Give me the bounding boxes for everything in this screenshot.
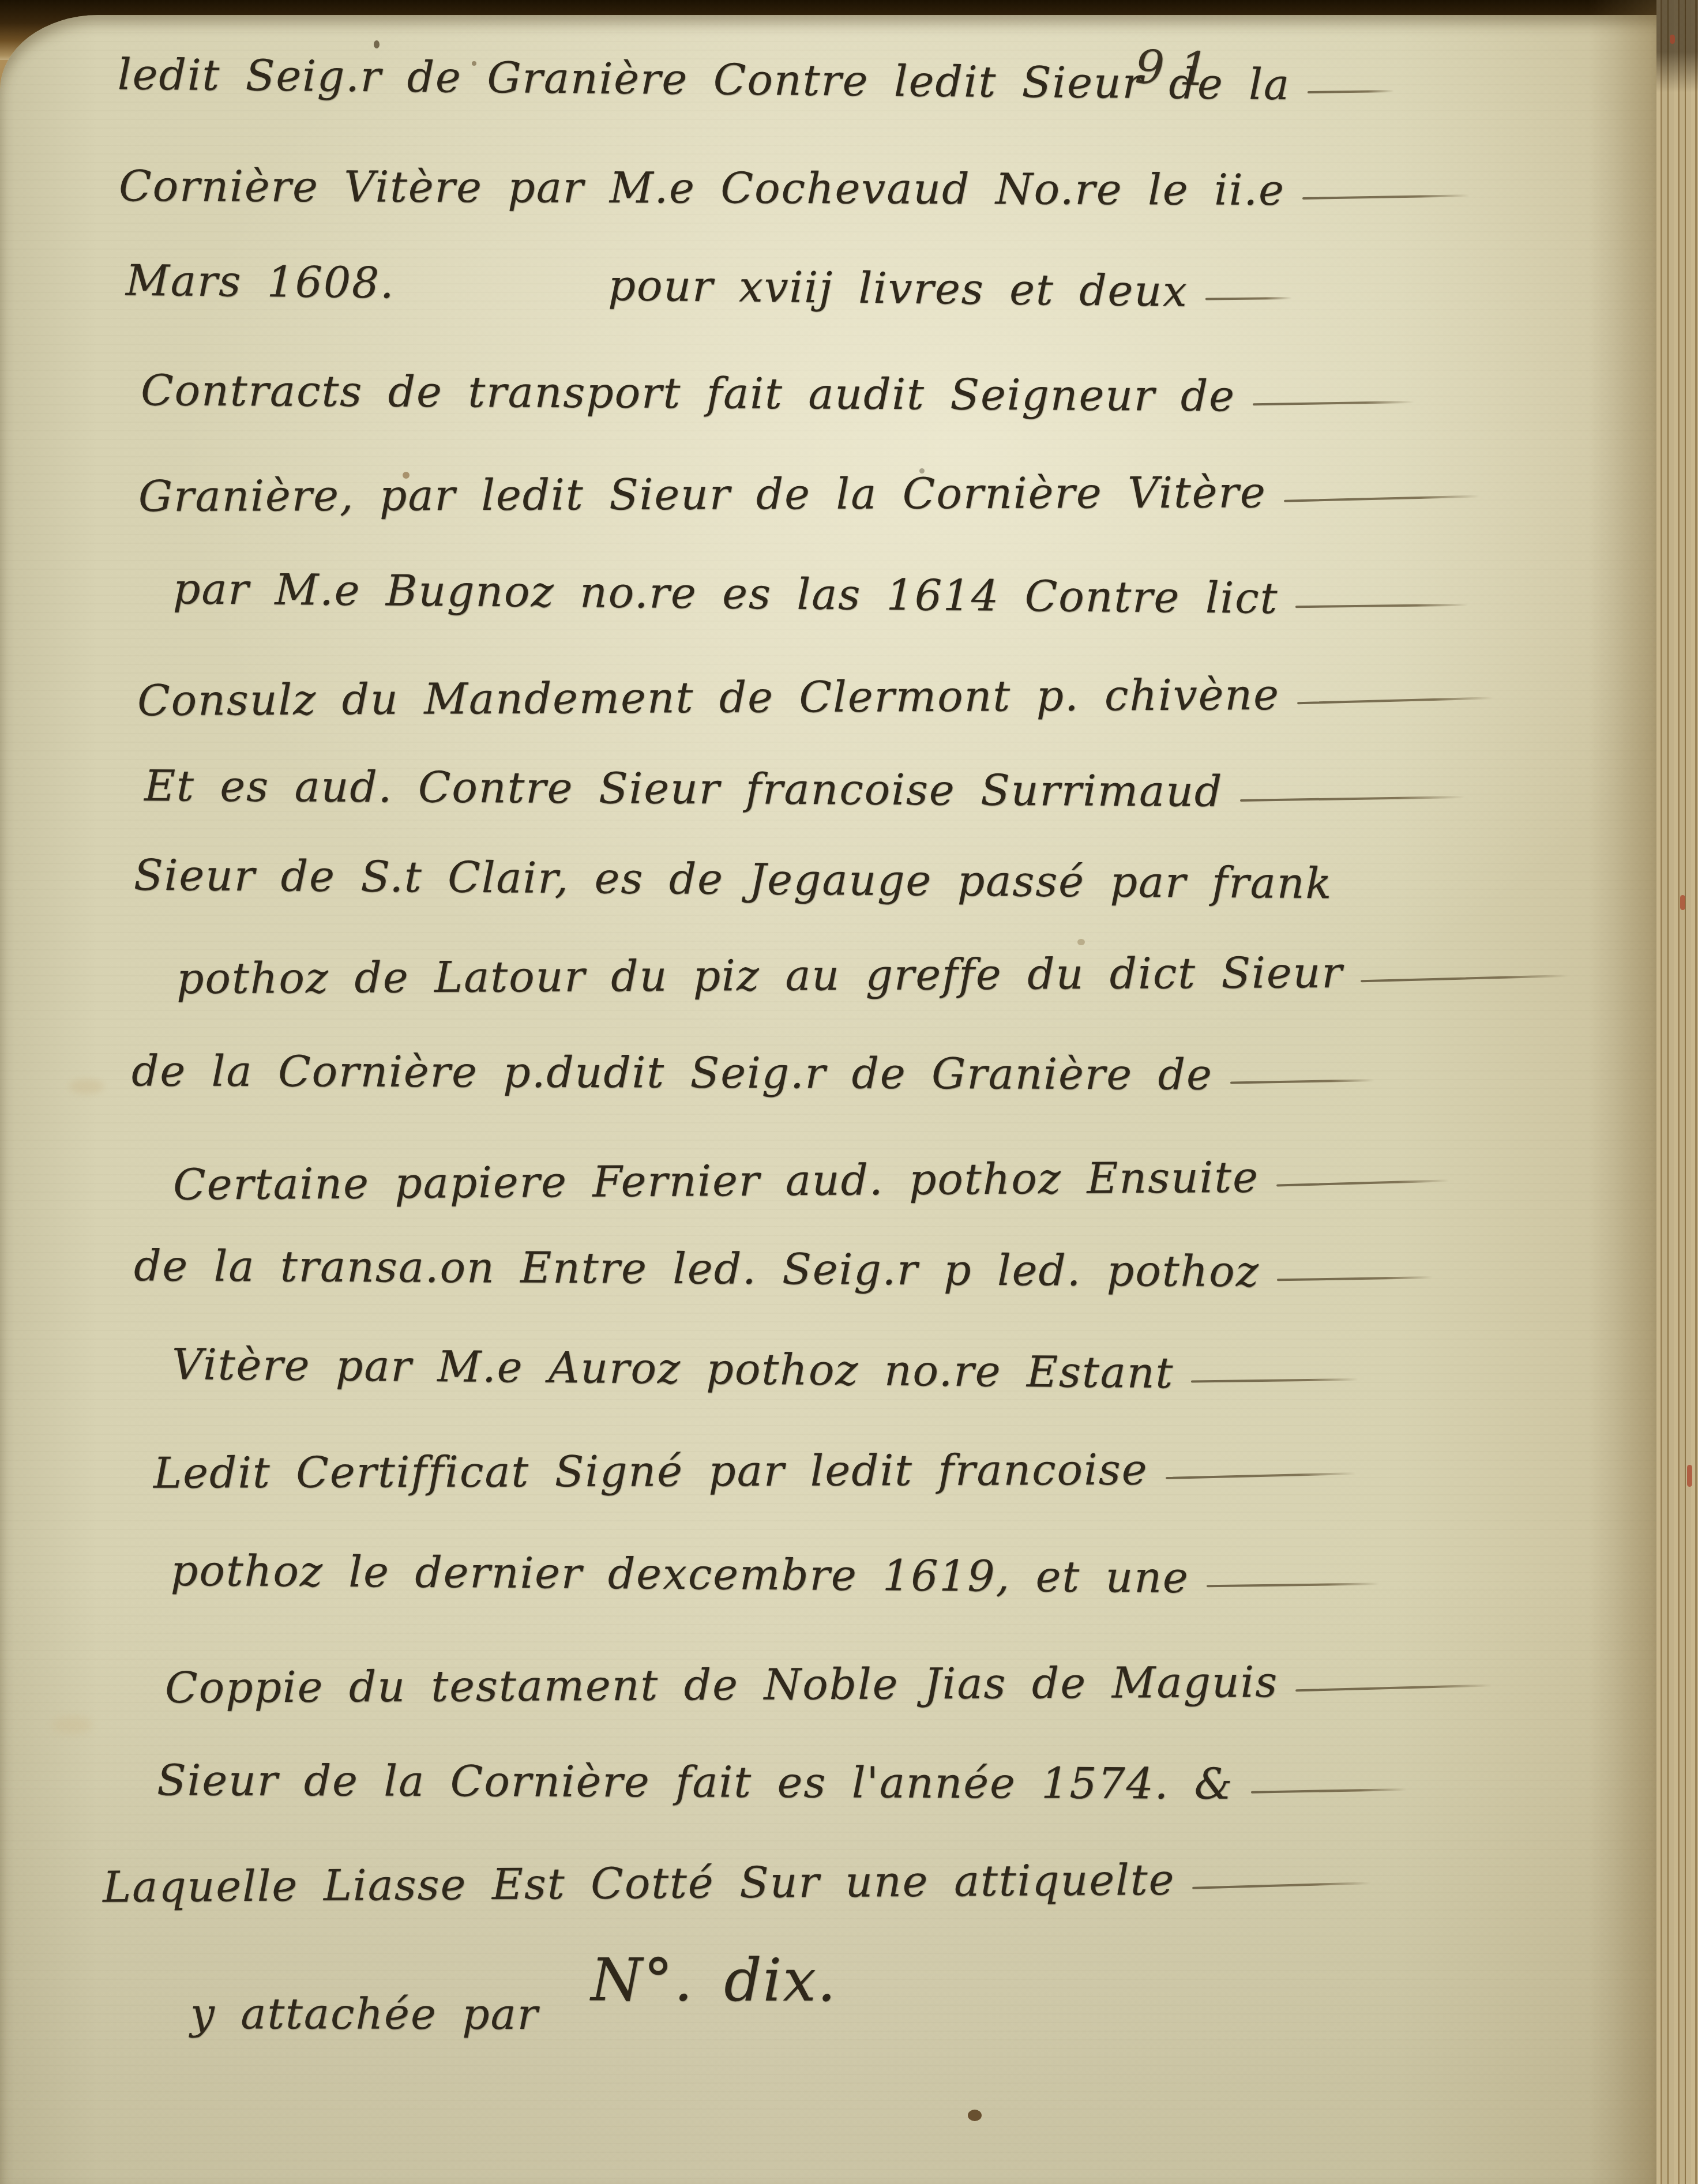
line-text: ledit Seig.r de Granière Contre ledit Si… <box>118 50 1291 110</box>
line-filler-dash <box>1284 495 1480 502</box>
line-filler-dash <box>1276 1179 1449 1186</box>
stain <box>52 1716 92 1734</box>
line-filler-dash <box>1240 796 1465 802</box>
stain <box>374 40 380 48</box>
manuscript-line: de la Cornière p.dudit Seig.r de Granièr… <box>132 1046 1374 1100</box>
line-text: de la Cornière p.dudit Seig.r de Granièr… <box>132 1046 1213 1100</box>
manuscript-line: par M.e Bugnoz no.re es las 1614 Contre … <box>173 564 1469 625</box>
line-text: pour xviij livres et deux <box>608 261 1188 317</box>
line-text: Contracts de transport fait audit Seigne… <box>141 366 1235 421</box>
fore-edge-red-fleck <box>1687 1465 1692 1487</box>
line-text: N°. dix. <box>591 1946 837 2015</box>
line-text: Ledit Certifficat Signé par ledit franco… <box>153 1445 1148 1498</box>
stain <box>403 472 410 479</box>
line-text: Sieur de la Cornière fait es l'année 157… <box>157 1756 1234 1809</box>
book-fore-edge <box>1656 0 1698 2184</box>
line-filler-dash <box>1302 194 1470 200</box>
line-text: Coppie du testament de Noble Jias de Mag… <box>165 1657 1279 1713</box>
manuscript-line: Et es aud. Contre Sieur francoise Surrim… <box>144 761 1466 818</box>
manuscript-line: Sieur de S.t Clair, es de Jegauge passé … <box>134 851 1333 909</box>
manuscript-line: Granière, par ledit Sieur de la Cornière… <box>138 467 1480 521</box>
manuscript-page: 91 ledit Seig.r de Granière Contre ledit… <box>0 15 1663 2184</box>
manuscript-line: Consulz du Mandement de Clermont p. chiv… <box>137 669 1493 726</box>
manuscript-line: y attachée parN°. dix. <box>190 1974 837 2044</box>
line-filler-dash <box>1295 1684 1492 1691</box>
line-text: pothoz de Latour du piz au greffe du dic… <box>176 948 1343 1004</box>
manuscript-line: Laquelle Liasse Est Cotté Sur une attiqu… <box>103 1854 1372 1912</box>
page-curve-shadow <box>1588 0 1663 2184</box>
ink-blot <box>968 2110 982 2121</box>
line-filler-dash <box>1253 401 1414 405</box>
line-text: par M.e Bugnoz no.re es las 1614 Contre … <box>173 564 1279 623</box>
line-text: Certaine papiere Fernier aud. pothoz Ens… <box>173 1153 1259 1210</box>
manuscript-line: de la transa.on Entre led. Seig.r p led.… <box>134 1241 1433 1298</box>
line-text: de la transa.on Entre led. Seig.r p led.… <box>134 1241 1260 1296</box>
line-filler-dash <box>1308 90 1394 93</box>
manuscript-line: Mars 1608.pour xviij livres et deux <box>126 255 1293 317</box>
line-filler-dash <box>1166 1472 1356 1479</box>
manuscript-line: Sieur de la Cornière fait es l'année 157… <box>157 1756 1407 1810</box>
line-filler-dash <box>1361 975 1568 982</box>
line-text: Consulz du Mandement de Clermont p. chiv… <box>137 670 1280 726</box>
line-filler-dash <box>1295 604 1468 608</box>
stain <box>69 1079 104 1094</box>
line-text: pothoz le dernier dexcembre 1619, et une <box>171 1546 1189 1603</box>
line-filler-dash <box>1191 1378 1358 1383</box>
manuscript-line: Coppie du testament de Noble Jias de Mag… <box>165 1656 1492 1713</box>
manuscript-photo: 91 ledit Seig.r de Granière Contre ledit… <box>0 0 1698 2184</box>
line-filler-dash <box>1207 1582 1380 1587</box>
line-filler-dash <box>1230 1079 1374 1084</box>
manuscript-line: Certaine papiere Fernier aud. pothoz Ens… <box>173 1151 1449 1209</box>
line-text: Cornière Vitère par M.e Cochevaud No.re … <box>119 161 1285 215</box>
line-text: Laquelle Liasse Est Cotté Sur une attiqu… <box>103 1855 1175 1912</box>
line-text: Sieur de S.t Clair, es de Jegauge passé … <box>134 851 1333 909</box>
line-filler-dash <box>1205 297 1292 300</box>
line-text: Mars 1608. <box>126 255 395 308</box>
line-filler-dash <box>1297 697 1493 704</box>
line-text: y attachée par <box>190 1989 539 2039</box>
stain <box>919 468 925 473</box>
line-filler-dash <box>1277 1276 1433 1281</box>
fore-edge-red-fleck <box>1680 895 1685 910</box>
manuscript-line: pothoz de Latour du piz au greffe du dic… <box>176 947 1568 1004</box>
manuscript-line: Contracts de transport fait audit Seigne… <box>141 366 1414 422</box>
line-text: Granière, par ledit Sieur de la Cornière… <box>138 468 1267 521</box>
manuscript-line: ledit Seig.r de Granière Contre ledit Si… <box>118 50 1395 110</box>
manuscript-line: Ledit Certifficat Signé par ledit franco… <box>153 1444 1356 1498</box>
manuscript-line: Cornière Vitère par M.e Cochevaud No.re … <box>119 161 1470 216</box>
fore-edge-red-fleck <box>1670 35 1675 44</box>
stain <box>472 61 476 66</box>
manuscript-line: Vitère par M.e Auroz pothoz no.re Estant <box>172 1340 1359 1400</box>
manuscript-line: pothoz le dernier dexcembre 1619, et une <box>171 1546 1380 1604</box>
line-text: Vitère par M.e Auroz pothoz no.re Estant <box>172 1340 1174 1398</box>
stain <box>1077 939 1085 945</box>
line-text: Et es aud. Contre Sieur francoise Surrim… <box>144 761 1223 817</box>
line-filler-dash <box>1192 1882 1371 1889</box>
line-filler-dash <box>1251 1788 1407 1794</box>
